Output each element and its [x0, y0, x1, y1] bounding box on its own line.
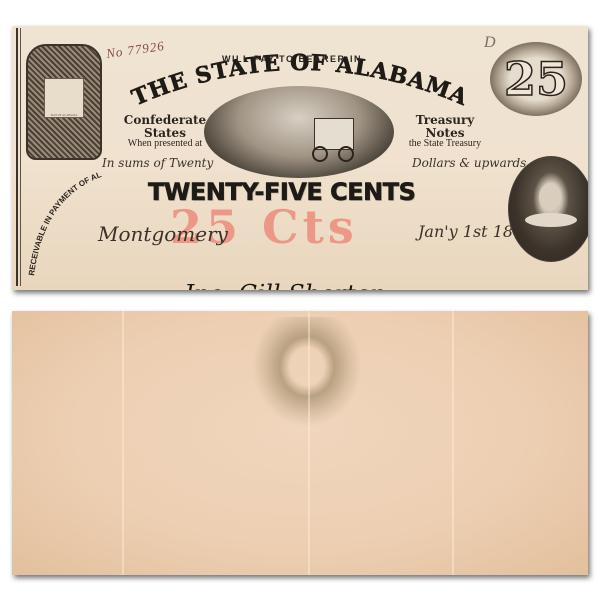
denomination-medallion: 25	[490, 42, 582, 116]
alabama-map-icon: MAP OF ALABAMA	[44, 78, 84, 118]
left-line-1: Confederate	[110, 114, 220, 127]
cotton-wagon-vignette	[204, 86, 394, 178]
fold-line	[308, 311, 310, 575]
place-name: Montgomery	[98, 222, 228, 246]
wagon-wheel-icon	[338, 146, 354, 162]
banknote-front: MAP OF ALABAMA No 77926 D THE STATE OF A…	[12, 26, 588, 290]
right-text-block: Treasury Notes the State Treasury	[390, 114, 500, 150]
plate-letter: D	[484, 34, 496, 52]
denomination-numeral: 25	[504, 52, 568, 106]
fold-line	[122, 311, 124, 575]
governor-signature: Jno. Gill Shorter,	[184, 280, 386, 290]
left-vignette-ornament: MAP OF ALABAMA	[26, 44, 102, 160]
right-line-3: the State Treasury	[390, 139, 500, 150]
banknote-back	[12, 311, 588, 575]
left-line-3: When presented at	[110, 139, 220, 150]
ink-bleed-stain	[252, 317, 362, 427]
portrait-face	[539, 183, 561, 211]
map-label: MAP OF ALABAMA	[51, 113, 78, 117]
sums-left: In sums of Twenty	[102, 156, 213, 170]
note-subtitle: WILL PAY TO BEARER·IN	[222, 54, 362, 64]
right-line-1: Treasury	[390, 114, 500, 127]
svg-text:RECEIVABLE IN PAYMENT OF ALL P: RECEIVABLE IN PAYMENT OF ALL PUBLIC DUES	[14, 156, 103, 276]
portrait-collar	[525, 213, 577, 227]
receivable-text: RECEIVABLE IN PAYMENT OF ALL PUBLIC DUES	[14, 156, 114, 286]
fold-line	[452, 311, 454, 575]
denomination-words: TWENTY-FIVE CENTS	[148, 178, 415, 206]
woman-portrait	[508, 156, 588, 262]
sums-right: Dollars & upwards	[412, 156, 526, 170]
wagon-wheel-icon	[312, 146, 328, 162]
left-text-block: Confederate States When presented at	[110, 114, 220, 150]
